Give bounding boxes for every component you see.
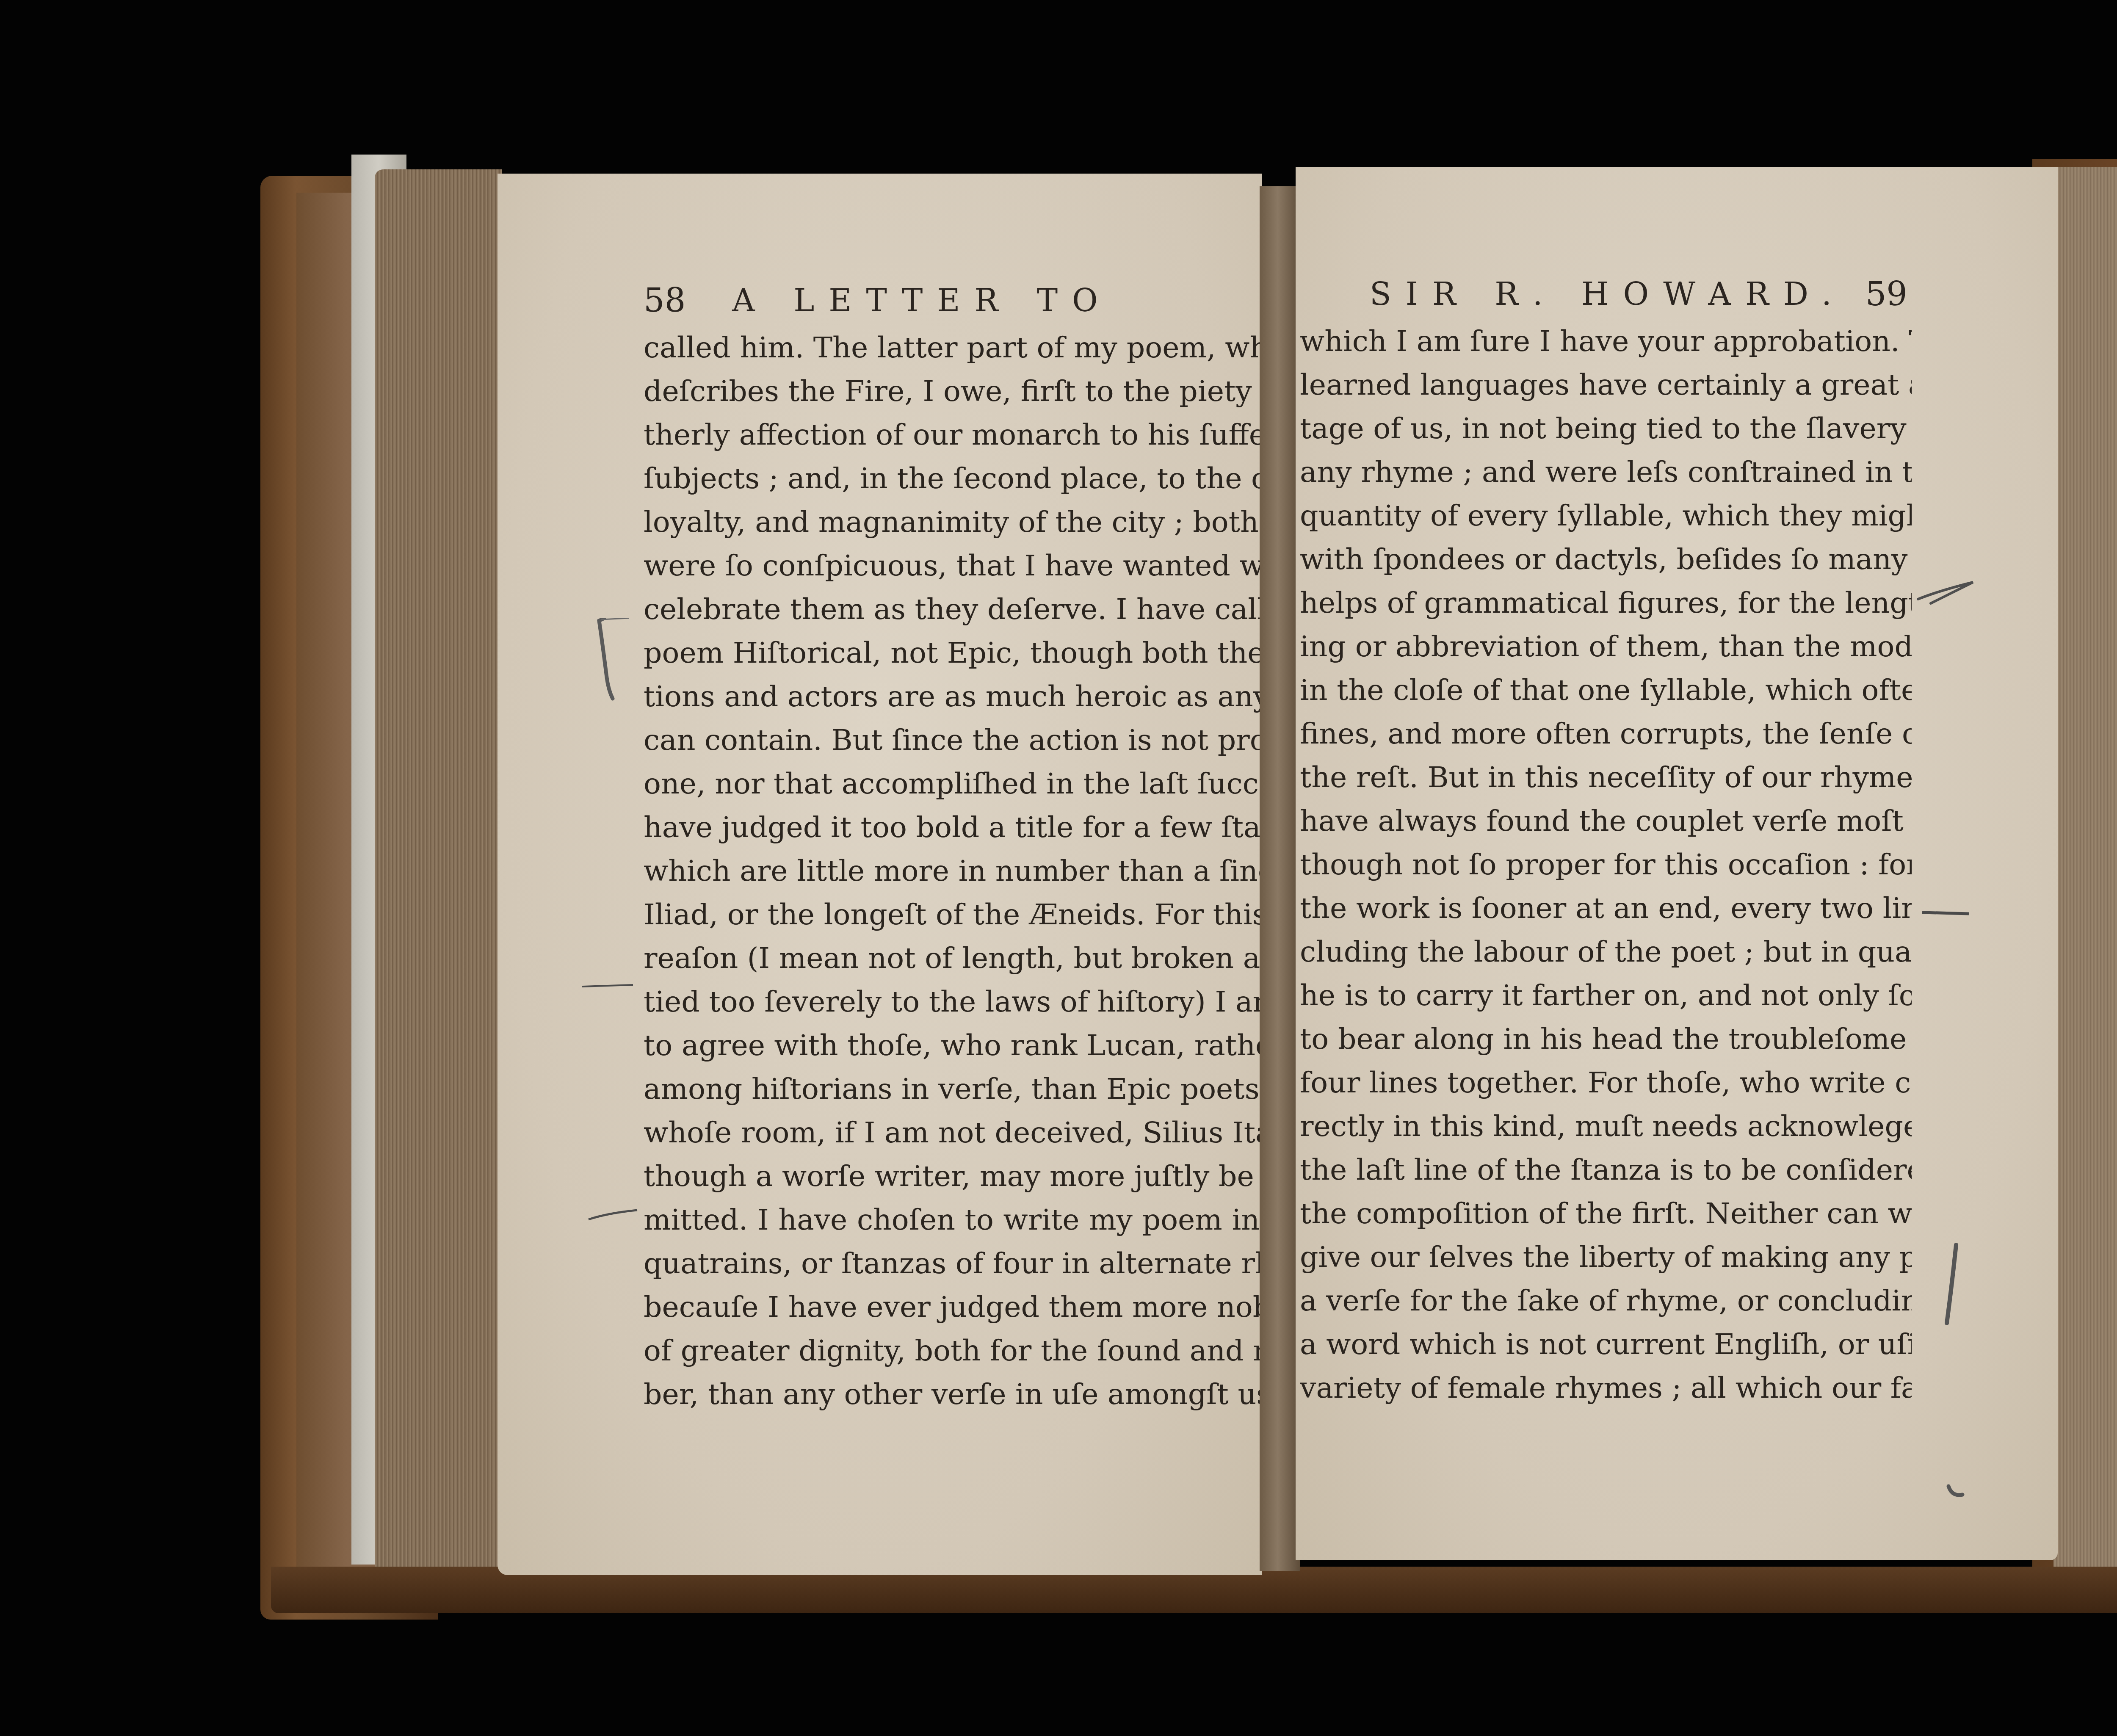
- text-line: tage of us, in not being tied to the ſla…: [1300, 407, 1912, 451]
- text-line: the compoſition of the firſt. Neither ca…: [1300, 1192, 1912, 1236]
- text-line: quantity of every ſyllable, which they m…: [1300, 494, 1912, 538]
- page-edges-left: [375, 169, 502, 1584]
- text-line: which I am ſure I have your approbation.…: [1300, 320, 1912, 363]
- text-line: among hiſtorians in verſe, than Epic poe…: [644, 1067, 1260, 1111]
- text-line: learned languages have certainly a great…: [1300, 363, 1912, 407]
- pencil-margin-marks-right: [1914, 404, 2041, 1590]
- text-line: four lines together. For thoſe, who writ…: [1300, 1061, 1912, 1105]
- text-line: deſcribes the Fire, I owe, firſt to the …: [644, 370, 1260, 413]
- text-line: ber, than any other verſe in uſe amongſt…: [644, 1373, 1260, 1416]
- text-line: variety of female rhymes ; all which our…: [1300, 1366, 1912, 1410]
- text-line: quatrains, or ſtanzas of four in alterna…: [644, 1242, 1260, 1285]
- text-line: the work is ſooner at an end, every two …: [1300, 887, 1912, 930]
- left-folio: 58: [644, 282, 685, 320]
- text-line: mitted. I have choſen to write my poem i…: [644, 1198, 1260, 1242]
- text-line: ing or abbreviation of them, than the mo…: [1300, 625, 1912, 669]
- text-line: give our ſelves the liberty of making an…: [1300, 1236, 1912, 1279]
- text-line: a verſe for the ſake of rhyme, or conclu…: [1300, 1279, 1912, 1323]
- right-folio: 59: [1866, 275, 1907, 313]
- text-line: though a worſe writer, may more juſtly b…: [644, 1155, 1260, 1198]
- text-line: ſubjects ; and, in the ſecond place, to …: [644, 457, 1260, 500]
- text-line: of greater dignity, both for the ſound a…: [644, 1329, 1260, 1373]
- text-line: fines, and more often corrupts, the ſenſ…: [1300, 712, 1912, 756]
- text-line: have judged it too bold a title for a fe…: [644, 806, 1260, 849]
- right-running-title: SIR R. HOWARD.: [1370, 276, 1846, 312]
- text-line: though not ſo proper for this occaſion :…: [1300, 843, 1912, 887]
- right-running-head: SIR R. HOWARD. 59: [1370, 269, 1907, 320]
- text-line: with ſpondees or dactyls, beſides ſo man…: [1300, 538, 1912, 581]
- text-line: called him. The latter part of my poem, …: [644, 326, 1260, 370]
- right-page: SIR R. HOWARD. 59 which I am ſure I have…: [1296, 167, 2058, 1560]
- text-line: he is to carry it farther on, and not on…: [1300, 974, 1912, 1017]
- left-page: 58 A LETTER TO called him. The latter pa…: [497, 174, 1262, 1575]
- left-running-head: 58 A LETTER TO: [644, 275, 1260, 326]
- text-line: to bear along in his head the troubleſom…: [1300, 1017, 1912, 1061]
- text-line: reaſon (I mean not of length, but broken…: [644, 937, 1260, 980]
- text-line: rectly in this kind, muſt needs acknowle…: [1300, 1105, 1912, 1148]
- text-line: helps of grammatical figures, for the le…: [1300, 581, 1912, 625]
- text-line: poem Hiſtorical, not Epic, though both t…: [644, 631, 1260, 675]
- text-line: were ſo conſpicuous, that I have wanted …: [644, 544, 1260, 588]
- text-line: a word which is not current Engliſh, or …: [1300, 1323, 1912, 1366]
- text-line: have always found the couplet verſe moſt…: [1300, 799, 1912, 843]
- text-line: celebrate them as they deſerve. I have c…: [644, 588, 1260, 631]
- text-line: to agree with thoſe, who rank Lucan, rat…: [644, 1024, 1260, 1067]
- page-edges-right: [2053, 167, 2117, 1577]
- text-line: whoſe room, if I am not deceived, Silius…: [644, 1111, 1260, 1155]
- text-line: cluding the labour of the poet ; but in …: [1300, 930, 1912, 974]
- text-line: one, nor that accompliſhed in the laſt ſ…: [644, 762, 1260, 806]
- left-running-title: A LETTER TO: [732, 282, 1112, 319]
- text-line: the laſt line of the ſtanza is to be con…: [1300, 1148, 1912, 1192]
- text-line: any rhyme ; and were leſs conſtrained in…: [1300, 451, 1912, 494]
- text-line: in the cloſe of that one ſyllable, which…: [1300, 669, 1912, 712]
- text-line: therly affection of our monarch to his ſ…: [644, 413, 1260, 457]
- left-page-text: called him. The latter part of my poem, …: [644, 326, 1260, 1416]
- text-line: tied too ſeverely to the laws of hiſtory…: [644, 980, 1260, 1024]
- text-line: tions and actors are as much heroic as a…: [644, 675, 1260, 719]
- text-line: can contain. But ſince the action is not…: [644, 719, 1260, 762]
- text-line: which are little more in number than a ſ…: [644, 849, 1260, 893]
- text-line: Iliad, or the longeſt of the Æneids. For…: [644, 893, 1260, 937]
- text-line: loyalty, and magnanimity of the city ; b…: [644, 500, 1260, 544]
- right-page-text: which I am ſure I have your approbation.…: [1296, 320, 1912, 1410]
- text-line: the reſt. But in this neceſſity of our r…: [1300, 756, 1912, 799]
- pencil-margin-marks-left: [582, 618, 646, 1338]
- text-line: becauſe I have ever judged them more nob…: [644, 1285, 1260, 1329]
- gutter-shadow: [1260, 186, 1300, 1571]
